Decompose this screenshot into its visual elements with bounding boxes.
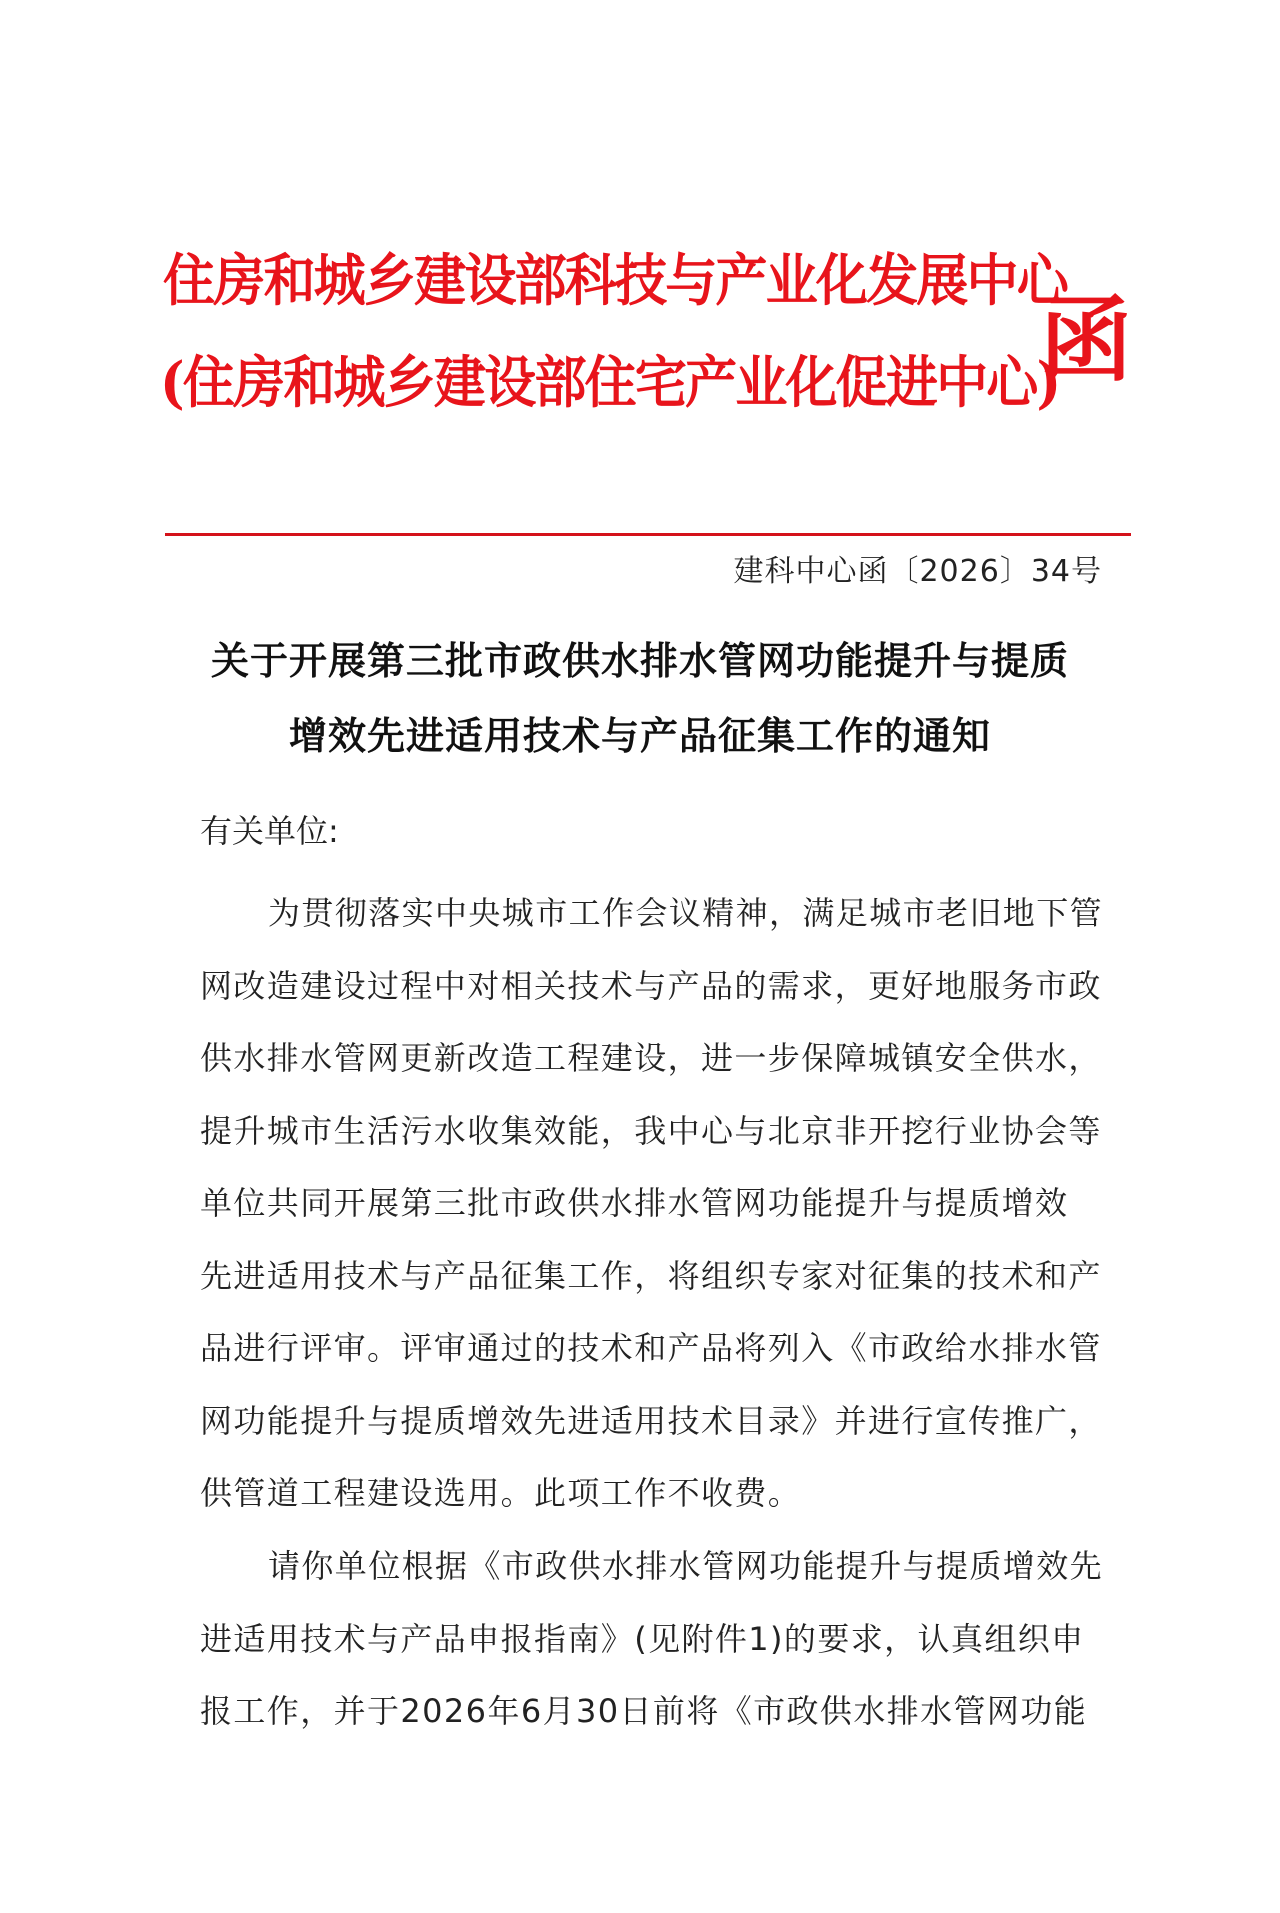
body-line: 供管道工程建设选用。此项工作不收费。 xyxy=(200,1457,1100,1530)
body-line: 提升城市生活污水收集效能，我中心与北京非开挖行业协会等 xyxy=(200,1095,1100,1168)
letterhead-org-line-2: (住房和城乡建设部住宅产业化促进中心) xyxy=(160,348,1059,418)
document-number: 建科中心函〔2026〕34号 xyxy=(733,550,1102,594)
body-line: 网功能提升与提质增效先进适用技术目录》并进行宣传推广， xyxy=(200,1385,1100,1458)
body-paragraph-1: 为贯彻落实中央城市工作会议精神，满足城市老旧地下管 网改造建设过程中对相关技术与… xyxy=(200,877,1100,1530)
body-line: 网改造建设过程中对相关技术与产品的需求，更好地服务市政 xyxy=(200,950,1100,1023)
body-line: 先进适用技术与产品征集工作，将组织专家对征集的技术和产 xyxy=(200,1240,1100,1313)
document-title-line-1: 关于开展第三批市政供水排水管网功能提升与提质 xyxy=(0,636,1280,686)
letterhead-divider xyxy=(165,533,1131,536)
document-title-line-2: 增效先进适用技术与产品征集工作的通知 xyxy=(0,711,1280,761)
body-line: 单位共同开展第三批市政供水排水管网功能提升与提质增效 xyxy=(200,1167,1100,1240)
body-line: 请你单位根据《市政供水排水管网功能提升与提质增效先 xyxy=(200,1530,1100,1603)
letterhead-doc-type: 函 xyxy=(1040,290,1132,390)
body-line: 报工作，并于2026年6月30日前将《市政供水排水管网功能 xyxy=(200,1675,1100,1748)
body-line: 进适用技术与产品申报指南》(见附件1)的要求，认真组织申 xyxy=(200,1603,1100,1676)
body-line: 为贯彻落实中央城市工作会议精神，满足城市老旧地下管 xyxy=(200,877,1100,950)
salutation: 有关单位: xyxy=(200,808,339,854)
body-line: 品进行评审。评审通过的技术和产品将列入《市政给水排水管 xyxy=(200,1312,1100,1385)
letterhead-org-line-1: 住房和城乡建设部科技与产业化发展中心 xyxy=(163,246,1067,316)
body-line: 供水排水管网更新改造工程建设，进一步保障城镇安全供水， xyxy=(200,1022,1100,1095)
body-paragraph-2: 请你单位根据《市政供水排水管网功能提升与提质增效先 进适用技术与产品申报指南》(… xyxy=(200,1530,1100,1748)
